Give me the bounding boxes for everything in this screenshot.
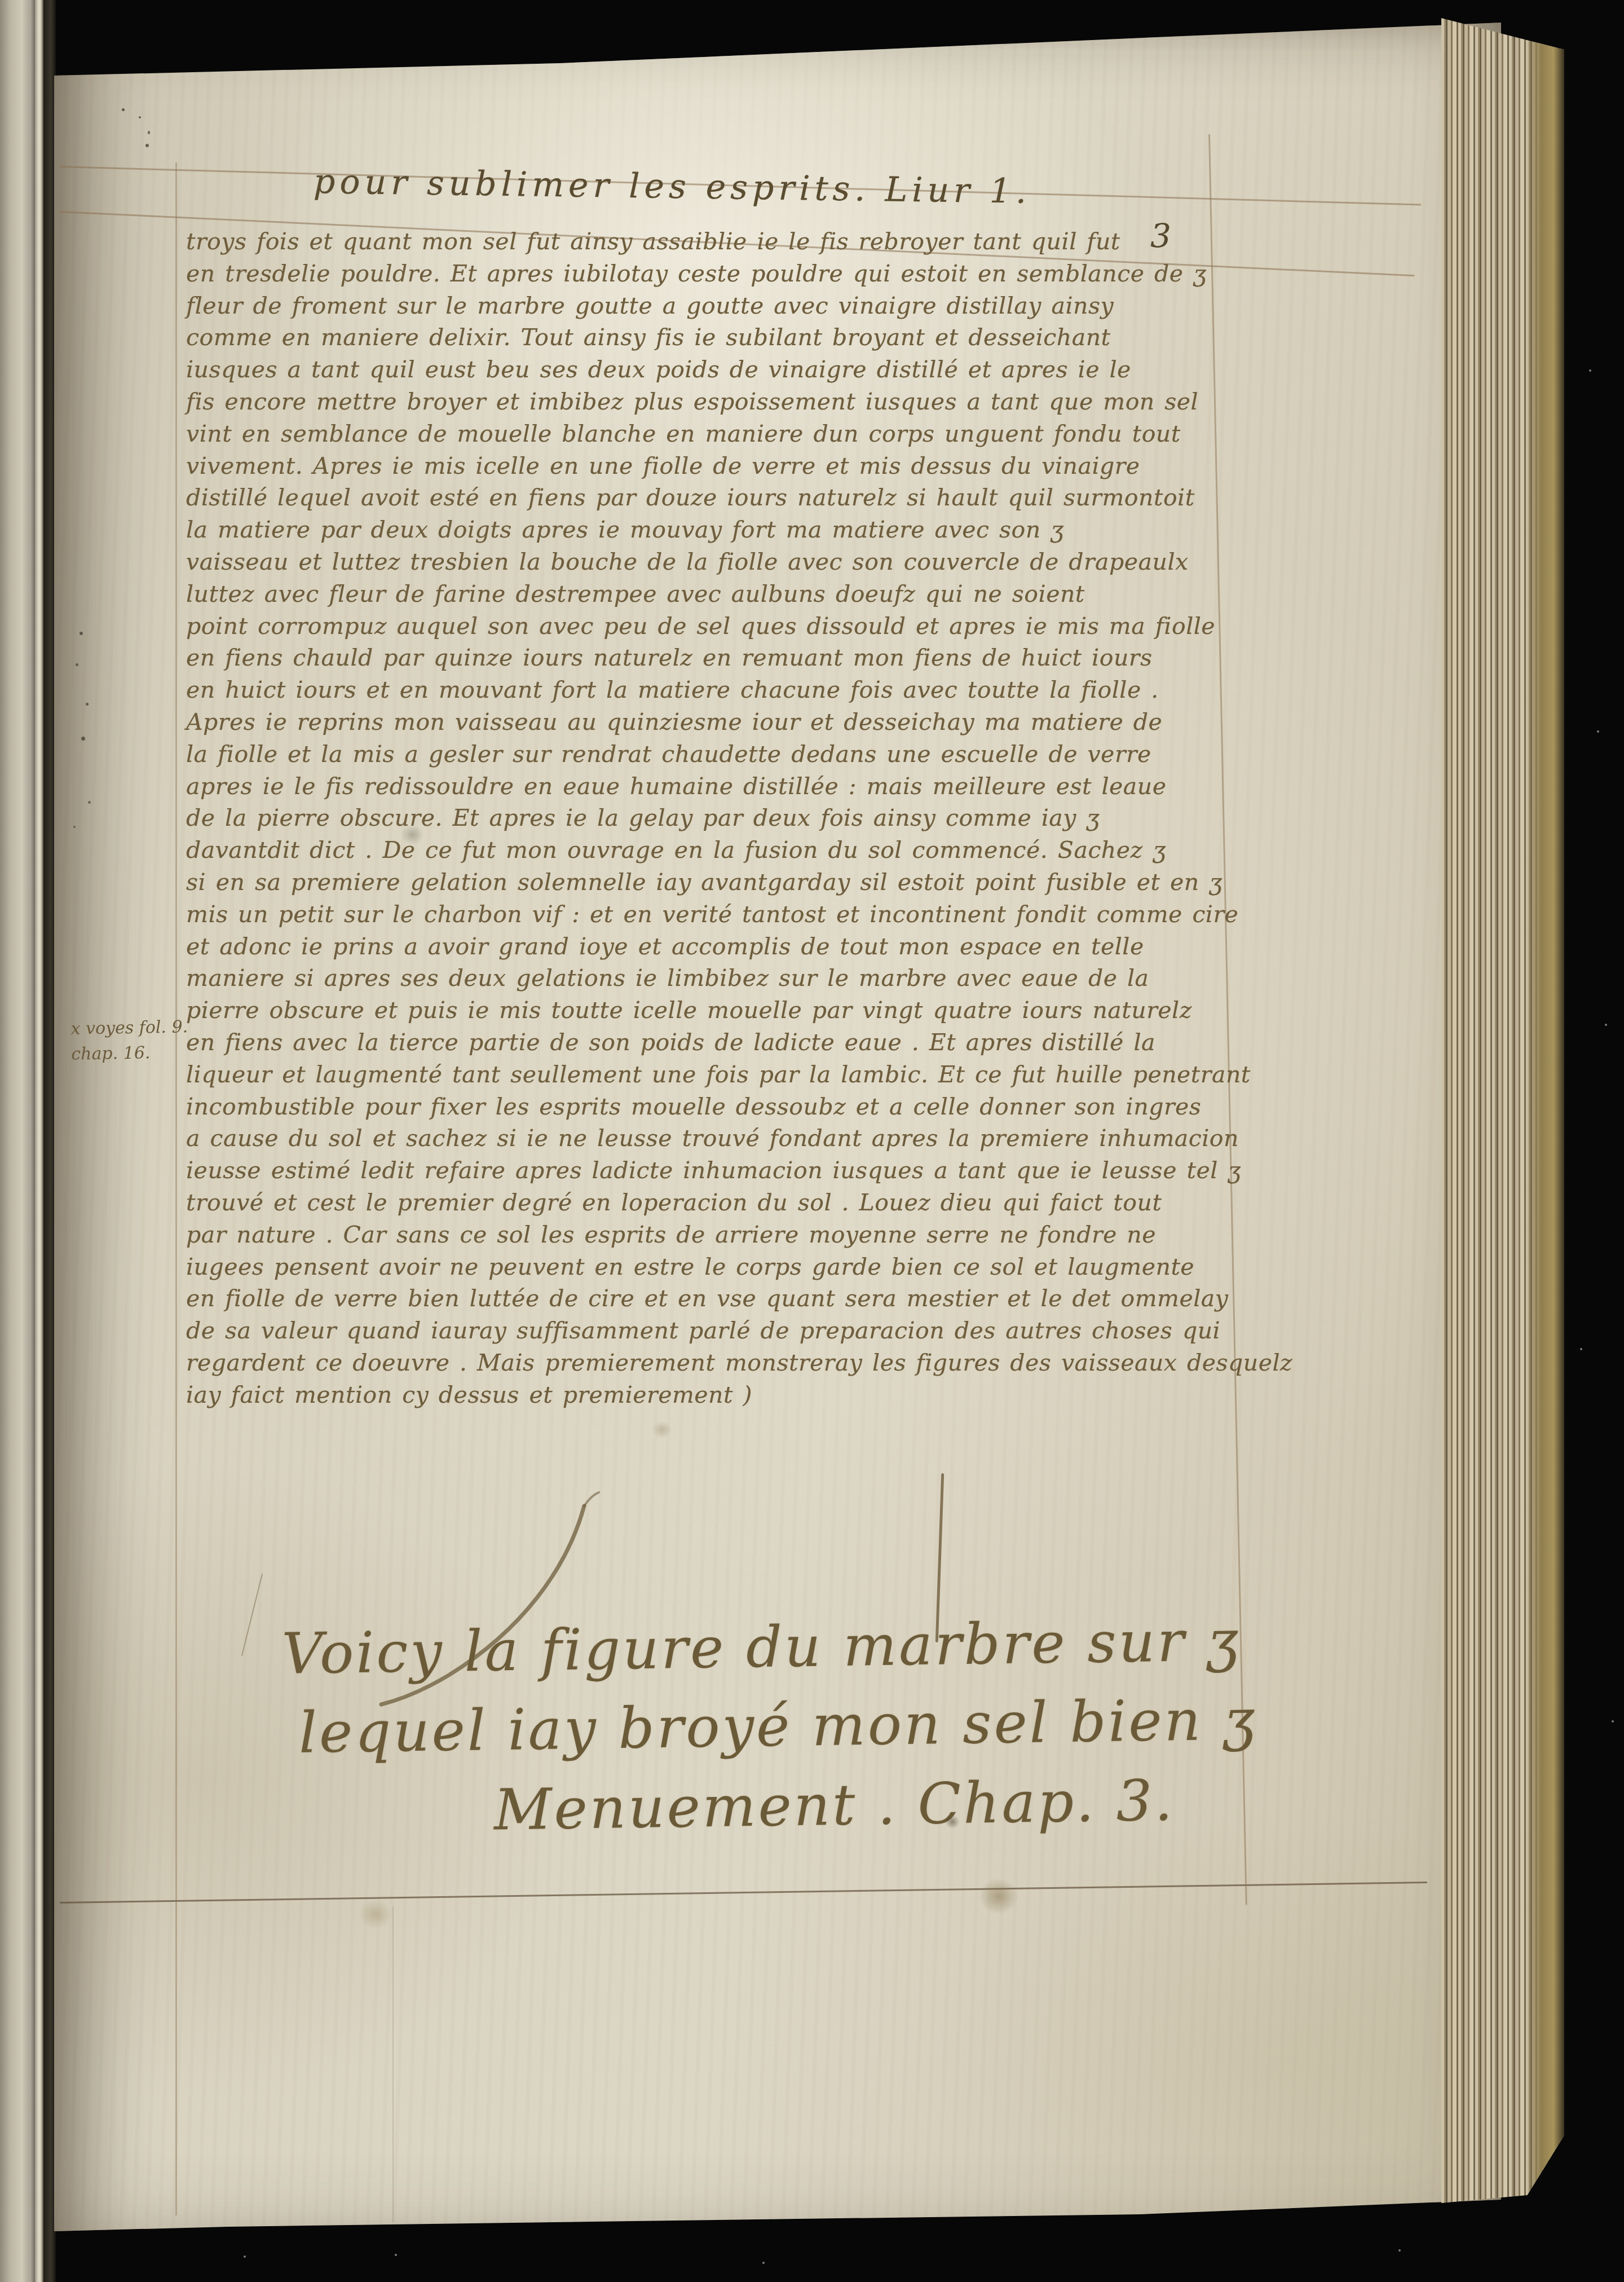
body-line: vint en semblance de mouelle blanche en … (186, 420, 1269, 452)
stain-blot (652, 1421, 672, 1438)
dust-speck (1612, 1720, 1614, 1722)
body-line: Apres ie reprins mon vaisseau au quinzie… (186, 708, 1269, 741)
fore-edge-page-stack (1441, 15, 1564, 2226)
body-text: troys fois et quant mon sel fut ainsy as… (186, 228, 1269, 1413)
body-line: iusques a tant quil eust beu ses deux po… (186, 356, 1269, 388)
manuscript-page: pour sublimer les esprits. Liur 1. 3 tro… (54, 0, 1501, 2282)
body-line: comme en maniere delixir. Tout ainsy fis… (186, 324, 1269, 356)
dust-speck (1597, 730, 1599, 733)
dust-speck (1580, 1348, 1582, 1350)
ink-speck (148, 131, 150, 134)
body-line: vaisseau et luttez tresbien la bouche de… (186, 548, 1269, 580)
body-line: la matiere par deux doigts apres ie mouv… (186, 516, 1269, 548)
body-line: pierre obscure et puis ie mis toutte ice… (186, 997, 1269, 1029)
body-line: iay faict mention cy dessus et premierem… (186, 1381, 1269, 1413)
body-line: fleur de froment sur le marbre goutte a … (186, 292, 1269, 324)
body-line: en huict iours et en mouvant fort la mat… (186, 676, 1269, 708)
dust-speck (395, 2254, 397, 2256)
ink-speck (122, 108, 125, 111)
body-line: troys fois et quant mon sel fut ainsy as… (186, 228, 1269, 260)
ink-speck (73, 826, 76, 828)
body-line: en fiens chauld par quinze iours naturel… (186, 644, 1269, 676)
body-line: en fiens avec la tierce partie de son po… (186, 1029, 1269, 1061)
body-line: vivement. Apres ie mis icelle en une fio… (186, 452, 1269, 484)
body-line: regardent ce doeuvre . Mais premierement… (186, 1349, 1269, 1381)
ink-speck (145, 144, 149, 147)
body-line: davantdit dict . De ce fut mon ouvrage e… (186, 836, 1269, 869)
dust-speck (244, 2255, 246, 2258)
body-line: la fiolle et la mis a gesler sur rendrat… (186, 741, 1269, 773)
pen-flourish-swash (359, 1489, 607, 1726)
body-line: ieusse estimé ledit refaire apres ladict… (186, 1157, 1269, 1189)
body-line: mis un petit sur le charbon vif : et en … (186, 901, 1269, 933)
dust-speck (1398, 2249, 1401, 2252)
margin-note-line: x voyes fol. 9. (70, 1014, 188, 1042)
colophon-line: Menuement . Chap. 3. (493, 1768, 1175, 1843)
manuscript-photo: pour sublimer les esprits. Liur 1. 3 tro… (0, 0, 1624, 2282)
body-line: en fiolle de verre bien luttée de cire e… (186, 1285, 1269, 1317)
stain-blot (979, 1878, 1018, 1914)
ink-speck (81, 737, 85, 741)
dust-speck (1589, 369, 1591, 372)
colophon-line: lequel iay broyé mon sel bien ʒ (298, 1686, 1257, 1766)
body-line: trouvé et cest le premier degré en loper… (186, 1189, 1269, 1221)
body-line: de sa valeur quand iauray suffisamment p… (186, 1317, 1269, 1349)
body-line: incombustible pour fixer les esprits mou… (186, 1093, 1269, 1125)
body-line: iugees pensent avoir ne peuvent en estre… (186, 1253, 1269, 1285)
gutter-highlight (35, 0, 43, 2282)
stain-blot (359, 1900, 392, 1929)
body-line: a cause du sol et sachez si ie ne leusse… (186, 1125, 1269, 1157)
ink-speck (86, 703, 89, 706)
margin-note-line: chap. 16. (71, 1039, 188, 1067)
body-line: maniere si apres ses deux gelations ie l… (186, 964, 1269, 997)
body-line: fis encore mettre broyer et imbibez plus… (186, 388, 1269, 420)
body-line: liqueur et laugmenté tant seullement une… (186, 1061, 1269, 1093)
body-line: luttez avec fleur de farine destrempee a… (186, 580, 1269, 613)
body-line: par nature . Car sans ce sol les esprits… (186, 1221, 1269, 1253)
ink-speck (88, 801, 91, 804)
dust-speck (762, 2262, 765, 2264)
ink-speck (80, 632, 83, 635)
body-line: point corrompuz auquel son avec peu de s… (186, 613, 1269, 645)
stain-blot (945, 1815, 960, 1829)
body-line: de la pierre obscure. Et apres ie la gel… (186, 804, 1269, 836)
ruling-bottom-line (60, 1882, 1427, 1904)
ink-speck (76, 663, 78, 666)
parchment-crease (392, 1906, 394, 2222)
body-line: si en sa premiere gelation solemnelle ia… (186, 869, 1269, 901)
running-title: pour sublimer les esprits. Liur 1. (314, 162, 1031, 212)
gutter-shadow (43, 0, 56, 2282)
body-line: apres ie le fis redissouldre en eaue hum… (186, 773, 1269, 805)
smudge (401, 825, 423, 845)
ruling-left-margin (175, 162, 177, 2215)
pen-hairline-slip (241, 1574, 263, 1656)
body-line: en tresdelie pouldre. Et apres iubilotay… (186, 260, 1269, 292)
ink-speck (139, 116, 141, 118)
dust-speck (1605, 1024, 1607, 1026)
margin-note: x voyes fol. 9.chap. 16. (70, 1014, 188, 1067)
colophon-line: Voicy la figure du marbre sur ʒ (281, 1607, 1241, 1687)
fore-edge-outer (1526, 15, 1564, 2226)
body-line: distillé lequel avoit esté en fiens par … (186, 484, 1269, 516)
facing-page-edge (0, 0, 35, 2282)
body-line: et adonc ie prins a avoir grand ioye et … (186, 933, 1269, 965)
